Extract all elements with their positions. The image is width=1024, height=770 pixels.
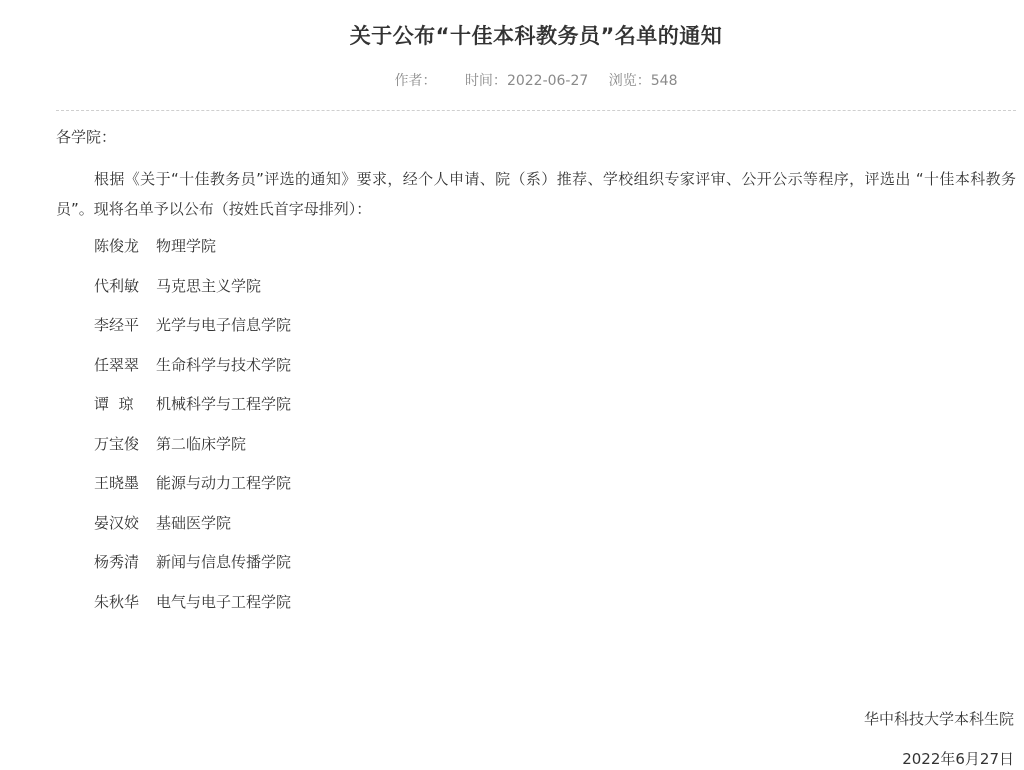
college-name: 光学与电子信息学院 xyxy=(156,316,291,334)
divider xyxy=(56,110,1016,111)
winner-list: 陈俊龙物理学院 代利敏马克思主义学院 李经平光学与电子信息学院 任翠翠生命科学与… xyxy=(94,233,291,628)
time-value: 2022-06-27 xyxy=(507,73,588,89)
person-name: 李经平 xyxy=(94,312,142,338)
list-item-highlighted: 任翠翠生命科学与技术学院 xyxy=(94,352,291,392)
college-name: 基础医学院 xyxy=(156,514,231,532)
college-name: 马克思主义学院 xyxy=(156,277,261,295)
list-item: 谭 琼机械科学与工程学院 xyxy=(94,391,291,431)
author-label: 作者： xyxy=(394,73,436,89)
list-item: 晏汉姣基础医学院 xyxy=(94,510,291,550)
list-item: 万宝俊第二临床学院 xyxy=(94,431,291,471)
person-name: 晏汉姣 xyxy=(94,510,142,536)
time-label: 时间： xyxy=(465,73,507,89)
article-meta: 作者： 时间：2022-06-27 浏览：548 xyxy=(0,70,1024,90)
person-name: 代利敏 xyxy=(94,273,142,299)
signature: 华中科技大学本科生院 xyxy=(864,708,1014,729)
college-name: 第二临床学院 xyxy=(156,435,246,453)
college-name: 电气与电子工程学院 xyxy=(156,593,291,611)
article-body: 各学院： 根据《关于“十佳教务员”评选的通知》要求，经个人申请、院（系）推荐、学… xyxy=(56,124,1016,224)
list-item: 王晓墨能源与动力工程学院 xyxy=(94,470,291,510)
person-name: 任翠翠 xyxy=(94,352,142,378)
person-name: 谭 琼 xyxy=(94,391,142,417)
time-meta: 时间：2022-06-27 xyxy=(465,73,588,89)
college-name: 能源与动力工程学院 xyxy=(156,474,291,492)
signature-date: 2022年6月27日 xyxy=(902,748,1014,769)
author-meta: 作者： xyxy=(394,73,436,89)
person-name: 陈俊龙 xyxy=(94,233,142,259)
college-name: 物理学院 xyxy=(156,237,216,255)
views-label: 浏览： xyxy=(609,73,651,89)
salutation: 各学院： xyxy=(56,124,1016,150)
list-item: 代利敏马克思主义学院 xyxy=(94,273,291,313)
person-name: 万宝俊 xyxy=(94,431,142,457)
college-name: 机械科学与工程学院 xyxy=(156,395,291,413)
list-item: 朱秋华电气与电子工程学院 xyxy=(94,589,291,629)
college-name: 新闻与信息传播学院 xyxy=(156,553,291,571)
views-meta: 浏览：548 xyxy=(609,73,678,89)
article-title: 关于公布“十佳本科教务员”名单的通知 xyxy=(0,20,1024,50)
highlight-underline: 任翠翠生命科学与技术学院 xyxy=(94,356,291,374)
list-item: 陈俊龙物理学院 xyxy=(94,233,291,273)
person-name: 王晓墨 xyxy=(94,470,142,496)
views-value: 548 xyxy=(651,73,678,89)
list-item: 李经平光学与电子信息学院 xyxy=(94,312,291,352)
intro-paragraph: 根据《关于“十佳教务员”评选的通知》要求，经个人申请、院（系）推荐、学校组织专家… xyxy=(56,164,1016,224)
person-name: 杨秀清 xyxy=(94,549,142,575)
person-name: 朱秋华 xyxy=(94,589,142,615)
list-item: 杨秀清新闻与信息传播学院 xyxy=(94,549,291,589)
college-name: 生命科学与技术学院 xyxy=(156,356,291,374)
